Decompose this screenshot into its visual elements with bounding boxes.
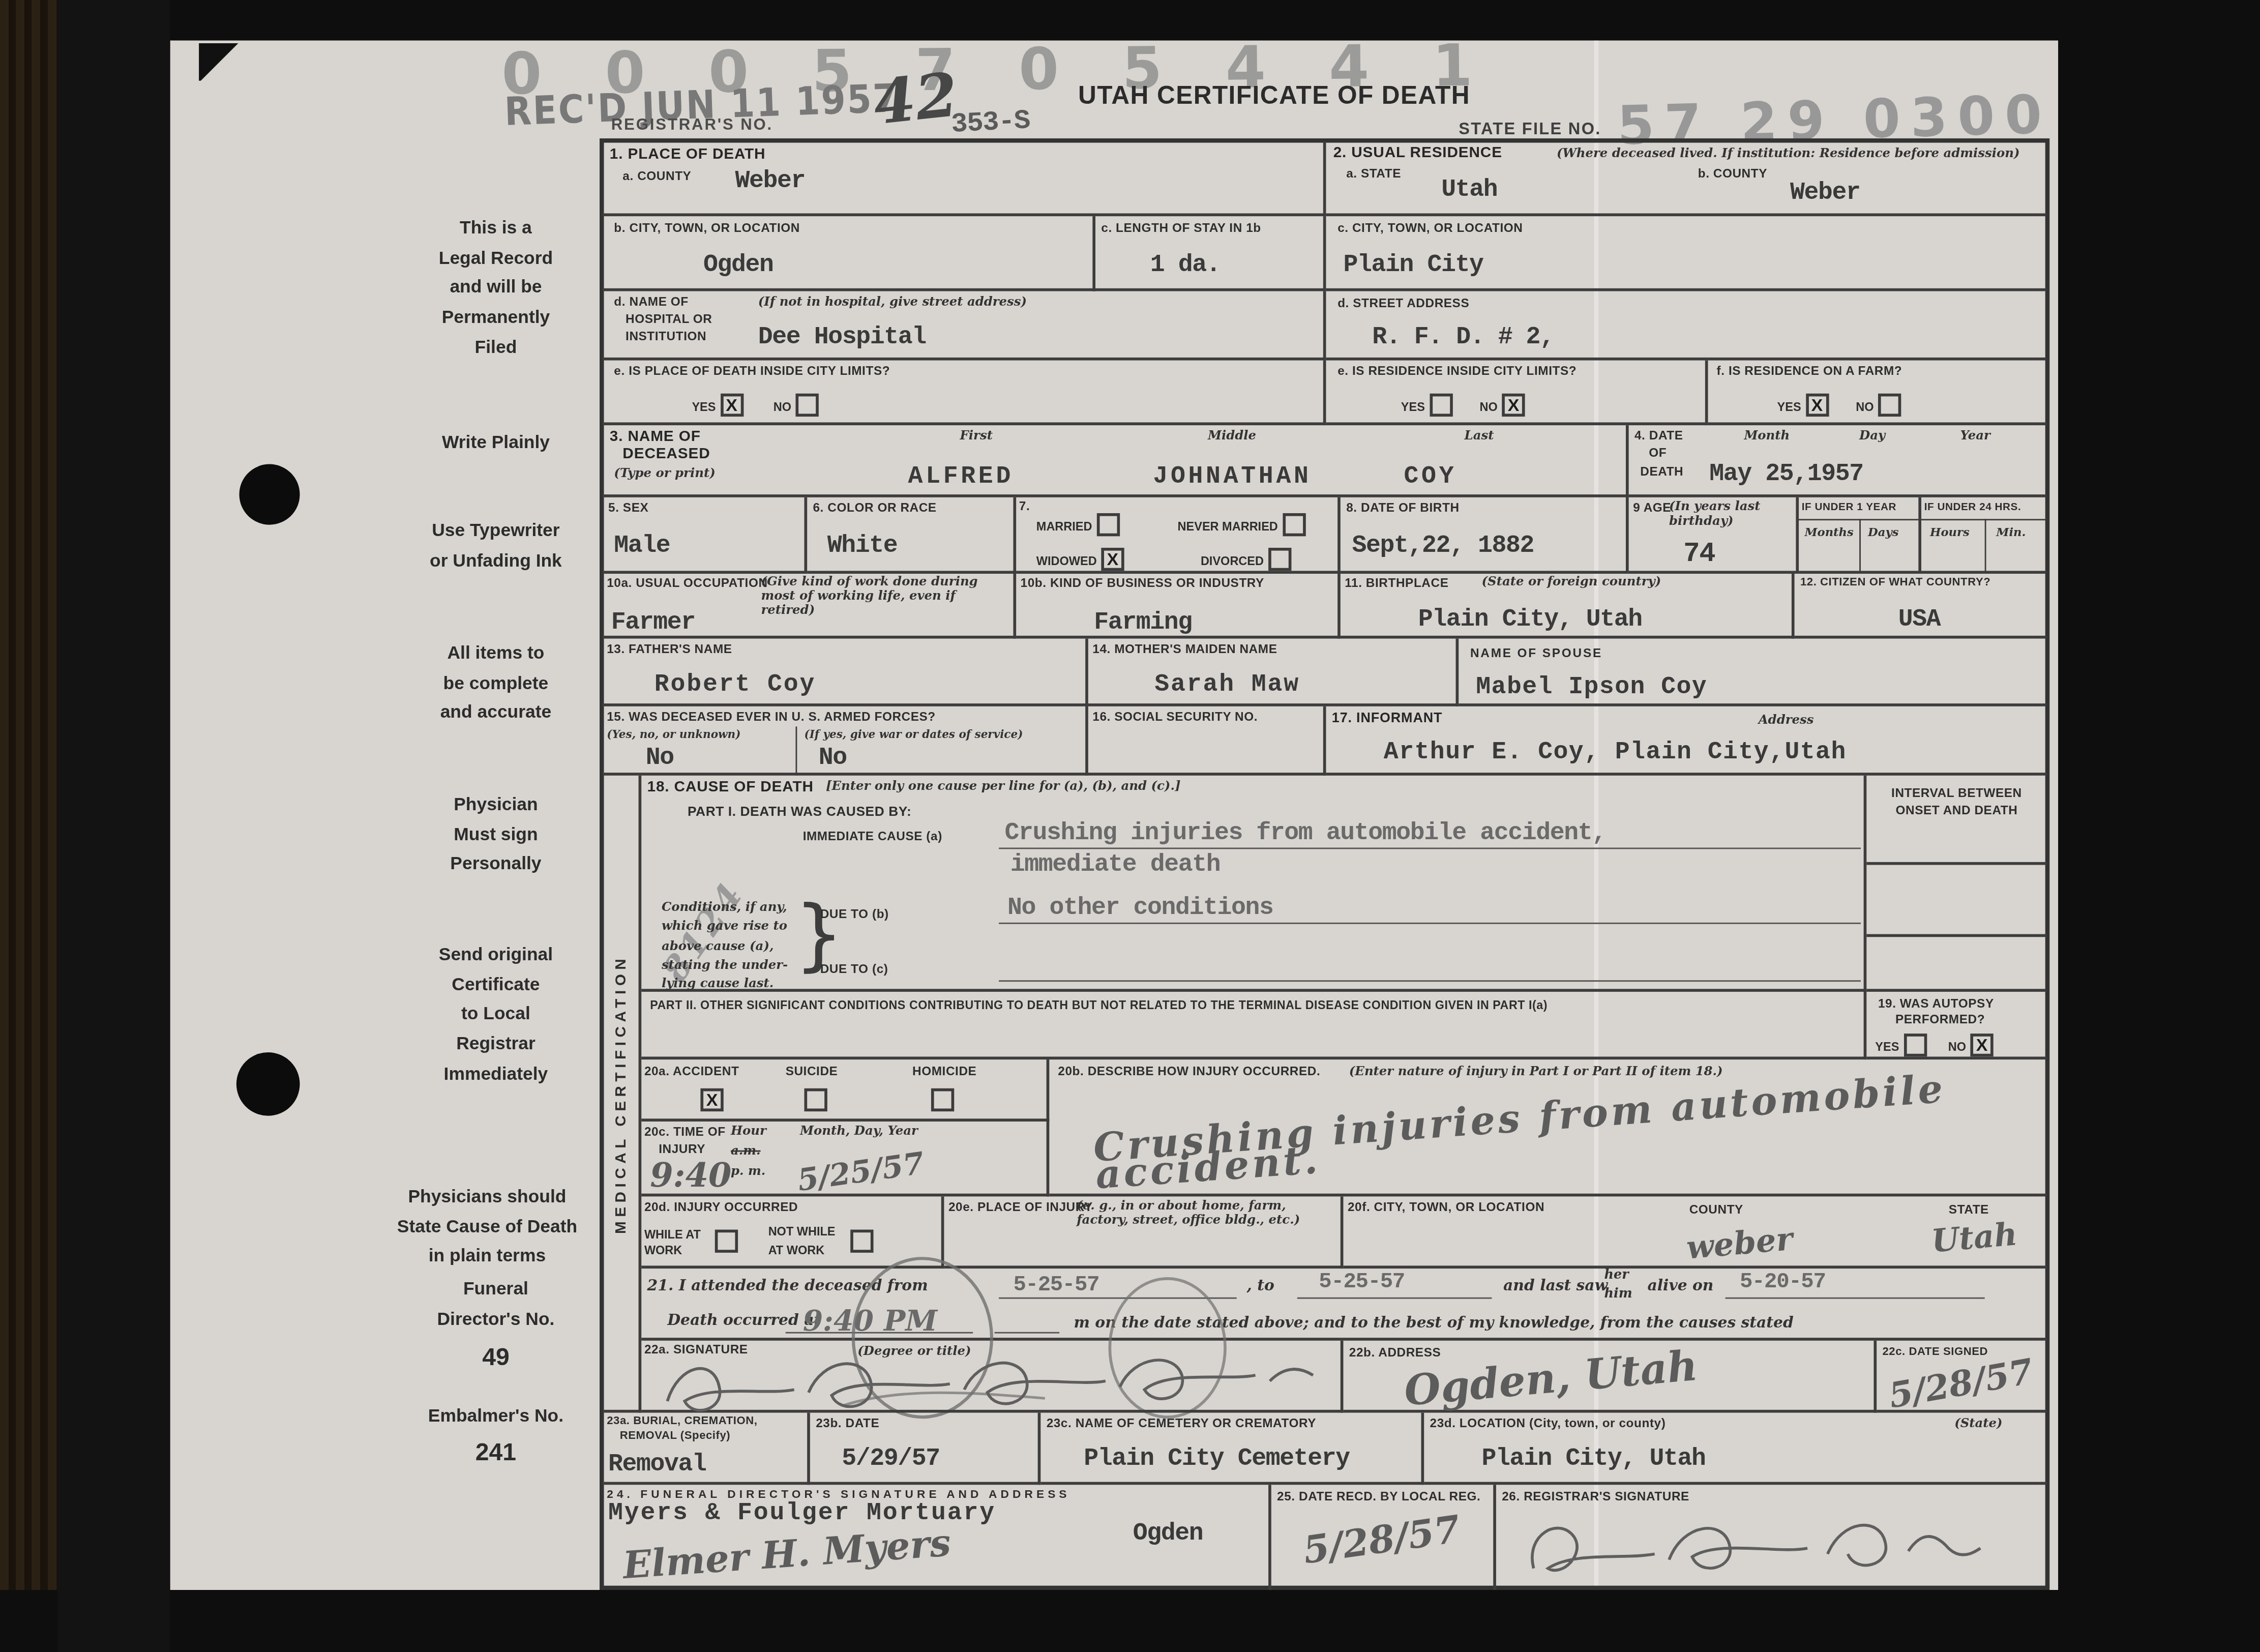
s20d-while-label1: WHILE AT [644,1225,701,1243]
s20d-while-checkbox [715,1230,738,1253]
s20a-suicide-label: SUICIDE [786,1065,838,1079]
s10b-label: 10b. KIND OF BUSINESS OR INDUSTRY [1021,577,1264,591]
wood-edge [0,0,57,1652]
s20d-while-label2: WORK [644,1244,682,1256]
s20c-am-struck: a.m. [731,1146,761,1160]
s20c-label1: 20c. TIME OF [644,1126,726,1140]
s20f-county-value: weber [1685,1224,1794,1264]
s2-title: 2. USUAL RESIDENCE [1333,145,1502,162]
field-23c-cemetery: 23c. NAME OF CEMETERY OR CREMATORY Plain… [1040,1413,1424,1485]
s17-address-label: Address [1759,715,1814,729]
s17-value: Arthur E. Coy, Plain City,Utah [1384,741,1847,765]
state-file-no-label: STATE FILE NO. [1459,123,1601,139]
s2a-value: Utah [1441,179,1497,203]
s20a-accident-mark: X [706,1090,718,1110]
s1-title: 1. PLACE OF DEATH [610,147,766,164]
margin-legal-record: This is a Legal Record and will be Perma… [386,213,606,362]
s26-label: 26. REGISTRAR'S SIGNATURE [1502,1491,1689,1505]
s2e-yes-checkbox [1429,394,1452,417]
s2c-label: c. CITY, TOWN, OR LOCATION [1337,222,1523,236]
s21-text5: Death occurred at [667,1312,821,1329]
s9-label: 9 AGE [1633,501,1671,516]
s1d-value: Dee Hospital [758,326,926,350]
corner-artifact [199,43,248,81]
field-23a-burial: 23a. BURIAL, CREMATION, REMOVAL (Specify… [603,1413,810,1485]
s4-value: May 25,1957 [1709,463,1863,487]
s21-text4: alive on [1647,1277,1713,1294]
s2f-yes-label: YES [1777,399,1801,414]
s21-him: him [1604,1287,1632,1302]
s4-year-header: Year [1960,431,1990,445]
field-10a-occupation: 10a. USUAL OCCUPATION (Give kind of work… [603,574,1016,639]
medical-certification-strip: MEDICAL CERTIFICATION [603,776,642,1413]
field-18-cause-of-death: 18. CAUSE OF DEATH [Enter only one cause… [641,776,1866,992]
s1c-label: c. LENGTH OF STAY IN 1b [1101,222,1261,236]
s2b-value: Weber [1790,182,1860,206]
s1d-label3: INSTITUTION [626,330,706,344]
s20c-label2: INJURY [659,1143,705,1158]
field-6-color-race: 6. COLOR OR RACE White [807,497,1016,574]
s11-value: Plain City, Utah [1418,608,1642,633]
s25-value: 5/28/57 [1301,1512,1462,1571]
field-12-citizen: 12. CITIZEN OF WHAT COUNTRY? USA [1795,574,2047,639]
s15-note2: (If yes, give war or dates of service) [804,729,1023,742]
s23d-label: 23d. LOCATION (City, town, or county) [1430,1417,1666,1431]
s14-label: 14. MOTHER'S MAIDEN NAME [1092,643,1277,657]
field-1b-city: b. CITY, TOWN, OR LOCATION Ogden [603,216,1095,291]
s23b-label: 23b. DATE [816,1417,879,1431]
s20d-not-label1: NOT WHILE [768,1225,836,1237]
s1e-yes-label: YES [692,399,716,414]
s2f-label: f. IS RESIDENCE ON A FARM? [1717,365,1902,379]
field-1c-length-of-stay: c. LENGTH OF STAY IN 1b 1 da. [1095,216,1326,291]
s22c-value: 5/28/57 [1886,1354,2036,1413]
s7-never-married-label: NEVER MARRIED [1178,519,1278,533]
s20f-county-header: COUNTY [1689,1204,1743,1218]
s13-label: 13. FATHER'S NAME [607,643,732,657]
s1e-yes-checkbox: X [720,394,743,417]
s20c-date-value: 5/25/57 [795,1147,926,1195]
margin-funeral-director-no-label: Funeral Director's No. [386,1274,606,1334]
s20d-not-checkbox [850,1230,873,1253]
margin-write-plainly: Write Plainly [386,428,606,458]
film-top [170,0,2058,40]
s9-u24-header: IF UNDER 24 HRS. [1924,501,2021,514]
s13-value: Robert Coy [655,673,816,698]
s1e-no-label: NO [774,399,791,414]
field-2ab-state-county: 2. USUAL RESIDENCE (Where deceased lived… [1326,141,2046,216]
s2-note: (Where deceased lived. If institution: R… [1557,149,2020,163]
s20b-label: 20b. DESCRIBE HOW INJURY OCCURRED. [1058,1065,1320,1079]
field-23d-location: 23d. LOCATION (City, town, or county) (S… [1424,1413,2046,1485]
s18-conditions-note: Conditions, if any, which gave rise to a… [662,900,788,996]
s1b-label: b. CITY, TOWN, OR LOCATION [614,222,800,236]
field-21-attended: 21. I attended the deceased from 5-25-57… [641,1268,2046,1341]
field-2d-street: d. STREET ADDRESS R. F. D. # 2, [1326,291,2046,361]
s4-t3: DEATH [1640,465,1683,480]
s15-note1: (Yes, no, or unknown) [607,729,740,742]
field-1e-city-limits: e. IS PLACE OF DEATH INSIDE CITY LIMITS?… [603,361,1326,426]
s20a-accident-label: 20a. ACCIDENT [644,1065,739,1079]
s23b-value: 5/29/57 [842,1448,940,1472]
s18-immediate-label: IMMEDIATE CAUSE (a) [803,830,942,844]
field-14-mother: 14. MOTHER'S MAIDEN NAME Sarah Maw [1088,639,1459,706]
s23a-label2: REMOVAL (Specify) [620,1430,731,1443]
field-5-sex: 5. SEX Male [603,497,807,574]
s20d-label: 20d. INJURY OCCURRED [644,1201,798,1215]
s1d-label1: d. NAME OF [614,296,688,310]
field-15-armed-forces: 15. WAS DECEASED EVER IN U. S. ARMED FOR… [603,706,1088,776]
s22c-label: 22c. DATE SIGNED [1882,1346,1988,1359]
s20c-hour-value: 9:40 [650,1159,731,1192]
film-left [57,0,170,1652]
s2f-no-checkbox [1878,394,1901,417]
s18-part1: PART I. DEATH WAS CAUSED BY: [688,804,911,819]
s23c-value: Plain City Cemetery [1084,1448,1349,1472]
margin-embalmer-no-value: 241 [386,1433,606,1473]
field-3-name-of-deceased: 3. NAME OF DECEASED (Type or print) Firs… [603,425,1629,497]
film-right [2058,0,2260,1652]
s1b-value: Ogden [703,254,774,278]
s2e-yes-label: YES [1401,399,1425,414]
s3-first-value: ALFRED [908,465,1014,490]
field-16-ssn: 16. SOCIAL SECURITY NO. [1088,706,1326,776]
registrars-no-label: REGISTRAR'S NO. [611,118,773,134]
margin-plain-terms: Physicians should State Cause of Death i… [363,1182,611,1271]
s21-her: her [1604,1268,1628,1283]
margin-embalmer-no-label: Embalmer's No. [386,1401,606,1431]
s18-b-value: No other conditions [1007,897,1273,921]
interval-cell-b [1866,937,2046,992]
s9-months-header: Months [1804,526,1853,539]
s21-text3: and last saw [1503,1277,1608,1294]
s2e-no-mark: X [1508,396,1520,416]
s9-note: (In years last birthday) [1669,501,1792,530]
s7-widowed-label: WIDOWED [1036,553,1097,568]
s4-day-header: Day [1859,431,1885,445]
field-spouse: NAME OF SPOUSE Mabel Ipson Coy [1459,639,2046,706]
s10a-value: Farmer [611,611,695,636]
spouse-value: Mabel Ipson Coy [1476,676,1707,700]
s10b-value: Farming [1094,611,1192,636]
s10a-note: (Give kind of work done during most of w… [761,577,1006,619]
field-9-age: 9 AGE (In years last birthday) 74 [1629,497,1799,574]
s3-t2: DECEASED [622,447,710,464]
s7-never-married-checkbox [1282,514,1305,537]
s18-a-value1: Crushing injuries from automobile accide… [1004,821,1605,846]
s2f-yes-mark: X [1811,396,1823,416]
s18-due-c-label: DUE TO (c) [820,963,888,977]
field-20b-describe-injury: 20b. DESCRIBE HOW INJURY OCCURRED. (Ente… [1049,1059,2046,1196]
s9-hours-header: Hours [1930,526,1970,539]
interval-cell-a [1866,865,2046,937]
margin-funeral-director-no-value: 49 [386,1338,606,1378]
field-20f-location: 20f. CITY, TOWN, OR LOCATION COUNTY STAT… [1343,1196,2046,1268]
field-2c-city: c. CITY, TOWN, OR LOCATION Plain City [1326,216,2046,291]
field-8-date-of-birth: 8. DATE OF BIRTH Sept,22, 1882 [1341,497,1629,574]
margin-typewriter: Use Typewriter or Unfading Ink [386,516,606,576]
s2d-value: R. F. D. # 2, [1372,326,1554,350]
s9-value: 74 [1683,541,1715,568]
spouse-label: NAME OF SPOUSE [1470,647,1602,662]
registrar-signature [1510,1511,1986,1585]
s19-yes-label: YES [1875,1039,1899,1053]
s6-label: 6. COLOR OR RACE [813,501,936,516]
s15-label: 15. WAS DECEASED EVER IN U. S. ARMED FOR… [607,711,936,725]
hole-punch-bottom [236,1052,300,1116]
s1c-value: 1 da. [1150,254,1221,278]
s5-label: 5. SEX [608,501,648,516]
field-13-father: 13. FATHER'S NAME Robert Coy [603,639,1088,706]
hole-punch-top [239,464,300,525]
certificate-title: UTAH CERTIFICATE OF DEATH [1078,83,1470,109]
s19-no-mark: X [1976,1036,1988,1056]
s8-value: Sept,22, 1882 [1352,535,1533,559]
registrars-no-value: 42 [871,65,961,134]
margin-physician-sign: Physician Must sign Personally [386,790,606,879]
scanned-death-certificate: 0 0 0 5 7 0 5 4 4 1 REC'D JUN 11 1957 RE… [0,0,2260,1652]
s1a-label: a. COUNTY [622,170,691,184]
s20f-state-header: STATE [1949,1204,1989,1218]
s2e-no-label: NO [1480,399,1498,414]
s20c-mdy-header: Month, Day, Year [800,1126,918,1140]
s3-note: (Type or print) [614,468,715,483]
s15-value2: No [819,747,847,771]
s3-middle-header: Middle [1208,431,1256,445]
field-22c-date-signed: 22c. DATE SIGNED 5/28/57 [1877,1341,2046,1413]
s2e-no-checkbox: X [1502,394,1525,417]
s3-middle-value: JOHNATHAN [1153,465,1311,490]
s8-label: 8. DATE OF BIRTH [1346,501,1459,516]
s7-married-label: MARRIED [1036,519,1092,533]
s2c-value: Plain City [1343,254,1483,278]
s24-signature: Elmer H. Myers [622,1525,953,1586]
s2b-label: b. COUNTY [1698,167,1767,182]
field-part2: PART II. OTHER SIGNIFICANT CONDITIONS CO… [641,992,1866,1059]
s1e-no-checkbox [796,394,819,417]
part2-text: PART II. OTHER SIGNIFICANT CONDITIONS CO… [650,999,1846,1013]
s17-label: 17. INFORMANT [1332,712,1443,727]
field-11-birthplace: 11. BIRTHPLACE (State or foreign country… [1341,574,1795,639]
s19-no-checkbox: X [1971,1034,1994,1057]
s2f-no-label: NO [1856,399,1874,414]
form-code: 353-S [950,107,1030,139]
s24-city-value: Ogden [1133,1522,1203,1547]
s12-value: USA [1898,608,1941,633]
s20c-hour-header: Hour [731,1126,766,1140]
field-20a-accident: 20a. ACCIDENT SUICIDE HOMICIDE X [641,1059,1049,1122]
s7-married-checkbox [1096,514,1119,537]
s20b-note: (Enter nature of injury in Part I or Par… [1349,1067,1723,1081]
margin-send-original: Send original Certificate to Local Regis… [386,940,606,1088]
s4-t1: 4. DATE [1634,430,1683,444]
s20a-accident-checkbox: X [700,1088,723,1111]
s9-u1-header: IF UNDER 1 YEAR [1802,501,1896,514]
margin-complete: All items to be complete and accurate [386,639,606,728]
s23d-state-note: (State) [1954,1419,2002,1433]
s23a-label1: 23a. BURIAL, CREMATION, [607,1415,757,1428]
field-20c-time-of-injury: 20c. TIME OF INJURY Hour Month, Day, Yea… [641,1122,1049,1196]
s10a-label: 10a. USUAL OCCUPATION [607,577,767,591]
film-bottom [0,1590,2260,1652]
s4-month-header: Month [1744,431,1790,445]
s2d-label: d. STREET ADDRESS [1337,297,1469,311]
s23d-value: Plain City, Utah [1482,1448,1706,1472]
field-1a-county: 1. PLACE OF DEATH a. COUNTY Weber [603,141,1326,216]
s24-label: 24. FUNERAL DIRECTOR'S SIGNATURE AND ADD… [607,1488,1070,1501]
field-22a-signature: 22a. SIGNATURE (Degree or title) [641,1341,1343,1413]
s20e-note: (e. g., in or about home, farm, factory,… [1077,1201,1336,1229]
s22b-label: 22b. ADDRESS [1349,1346,1441,1361]
s22b-value: Ogden, Utah [1403,1345,1699,1412]
field-2e-city-limits: e. IS RESIDENCE INSIDE CITY LIMITS? YES … [1326,361,1708,426]
s19-label1: 19. WAS AUTOPSY [1878,997,1994,1012]
s18-due-b-label: DUE TO (b) [820,908,889,923]
s19-no-label: NO [1948,1039,1966,1053]
field-24-funeral-director: 24. FUNERAL DIRECTOR'S SIGNATURE AND ADD… [603,1485,1271,1590]
s3-first-header: First [960,431,993,445]
s5-value: Male [614,535,670,559]
s2f-yes-checkbox: X [1805,394,1828,417]
interval-label: INTERVAL BETWEEN ONSET AND DEATH [1875,784,2038,819]
field-2f-farm: f. IS RESIDENCE ON A FARM? YESX NO [1708,361,2047,426]
field-9-under-24-hrs: IF UNDER 24 HRS. Hours Min. [1921,497,2047,574]
field-9-under-1-year: IF UNDER 1 YEAR Months Days [1799,497,1921,574]
s20f-label: 20f. CITY, TOWN, OR LOCATION [1348,1201,1544,1215]
s23a-value: Removal [608,1453,706,1478]
s1e-yes-mark: X [726,396,737,416]
field-1d-hospital: d. NAME OF HOSPITAL OR INSTITUTION (If n… [603,291,1326,361]
field-7-marital-status: 7. MARRIED NEVER MARRIED WIDOWEDX DIVORC… [1016,497,1341,574]
s18-label: 18. CAUSE OF DEATH [647,780,814,796]
s16-label: 16. SOCIAL SECURITY NO. [1092,711,1258,725]
s19-label2: PERFORMED? [1895,1013,1985,1027]
field-22b-address: 22b. ADDRESS Ogden, Utah [1343,1341,1877,1413]
interval-header-cell: INTERVAL BETWEEN ONSET AND DEATH [1866,776,2046,865]
s20e-label: 20e. PLACE OF INJURY [948,1201,1093,1215]
s11-note: (State or foreign country) [1482,577,1661,591]
s20a-homicide-checkbox [931,1088,954,1111]
s19-yes-checkbox [1904,1034,1926,1057]
s1d-note: (If not in hospital, give street address… [758,297,1027,311]
s18-bracket: [Enter only one cause per line for (a), … [826,781,1180,795]
s6-value: White [827,535,898,559]
s7-widowed-mark: X [1107,550,1118,570]
s14-value: Sarah Maw [1154,673,1300,698]
field-19-autopsy: 19. WAS AUTOPSY PERFORMED? YES NOX [1866,992,2046,1059]
s11-label: 11. BIRTHPLACE [1345,577,1448,591]
medical-certification-label: MEDICAL CERTIFICATION [603,776,642,1413]
s1d-label2: HOSPITAL OR [626,313,712,327]
s7-num: 7. [1019,500,1030,514]
field-10b-industry: 10b. KIND OF BUSINESS OR INDUSTRY Farmin… [1016,574,1341,639]
s3-last-value: COY [1404,465,1457,490]
s9-min-header: Min. [1996,526,2026,539]
s2a-label: a. STATE [1346,167,1401,182]
field-23b-date: 23b. DATE 5/29/57 [810,1413,1040,1485]
field-26-registrar: 26. REGISTRAR'S SIGNATURE [1496,1485,2047,1590]
s3-last-header: Last [1465,431,1494,445]
s23c-label: 23c. NAME OF CEMETERY OR CREMATORY [1047,1417,1316,1431]
field-17-informant: 17. INFORMANT Address Arthur E. Coy, Pla… [1326,706,2046,776]
s21-alive-value: 5-20-57 [1740,1272,1826,1293]
s20a-homicide-label: HOMICIDE [912,1065,976,1079]
s2e-label: e. IS RESIDENCE INSIDE CITY LIMITS? [1337,365,1577,379]
s12-label: 12. CITIZEN OF WHAT COUNTRY? [1800,577,1990,589]
s20a-suicide-checkbox [804,1088,827,1111]
physician-signature [653,1352,1330,1415]
s1e-label: e. IS PLACE OF DEATH INSIDE CITY LIMITS? [614,365,890,379]
s15-value1: No [646,747,674,771]
s9-days-header: Days [1868,526,1898,539]
s20f-state-value: Utah [1930,1219,2018,1258]
s4-t2: OF [1649,447,1667,461]
s7-widowed-checkbox: X [1101,548,1124,571]
s25-label: 25. DATE RECD. BY LOCAL REG. [1277,1491,1480,1505]
s3-t1: 3. NAME OF [610,430,701,447]
s1a-value: Weber [735,170,805,194]
field-4-date-of-death: 4. DATE OF DEATH Month Day Year May 25,1… [1629,425,2047,497]
s20c-pm-label: p. m. [731,1166,765,1181]
s7-divorced-label: DIVORCED [1201,553,1264,568]
s7-divorced-checkbox [1268,548,1291,571]
field-25-date-recd: 25. DATE RECD. BY LOCAL REG. 5/28/57 [1271,1485,1496,1590]
s18-a-value2: immediate death [1010,853,1220,878]
